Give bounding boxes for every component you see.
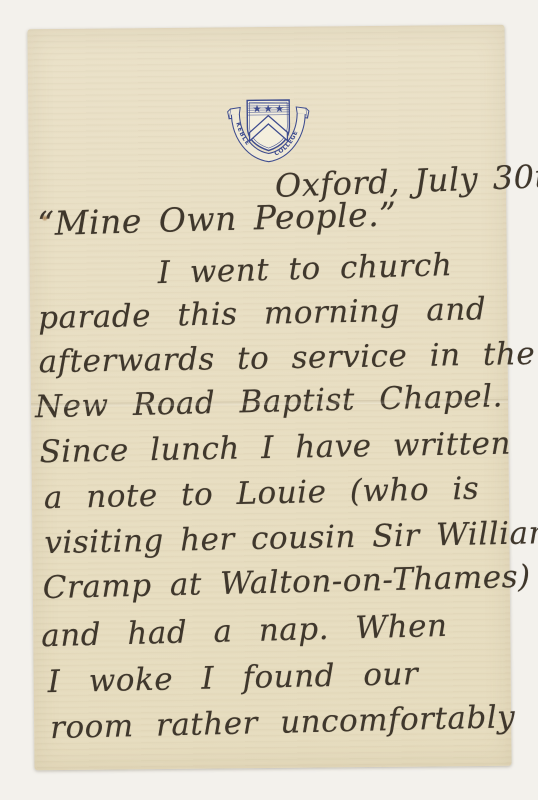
handwritten-line: parade this morning and — [38, 294, 487, 334]
handwritten-line: I woke I found our — [47, 659, 418, 698]
dateline: Oxford, July 30th. — [274, 159, 538, 202]
handwritten-line: room rather uncomfortably — [50, 702, 516, 744]
svg-text:★: ★ — [263, 103, 273, 115]
handwritten-line: Since lunch I have written — [39, 429, 511, 469]
svg-text:★: ★ — [275, 103, 285, 115]
college-crest: ★ ★ ★ KEBLE COLLEGE — [226, 91, 311, 172]
handwritten-line: afterwards to service in the — [38, 339, 535, 378]
svg-text:★: ★ — [252, 103, 262, 115]
salutation: “Mine Own People.” — [37, 198, 397, 241]
handwritten-line: and had a nap. When — [41, 611, 448, 652]
letter-page: ★ ★ ★ KEBLE COLLEGE Oxford, July 30th. “… — [27, 25, 511, 771]
handwritten-line: New Road Baptist Chapel. — [35, 381, 503, 423]
handwritten-line: I went to church — [157, 250, 452, 289]
stars: ★ ★ ★ — [252, 103, 284, 115]
scan-background: ★ ★ ★ KEBLE COLLEGE Oxford, July 30th. “… — [0, 0, 538, 800]
foxing-spot — [41, 215, 48, 221]
handwritten-line: visiting her cousin Sir William — [44, 518, 538, 559]
handwritten-line: Cramp at Walton-on-Thames) — [42, 562, 531, 604]
handwritten-line: a note to Louie (who is — [44, 474, 480, 514]
